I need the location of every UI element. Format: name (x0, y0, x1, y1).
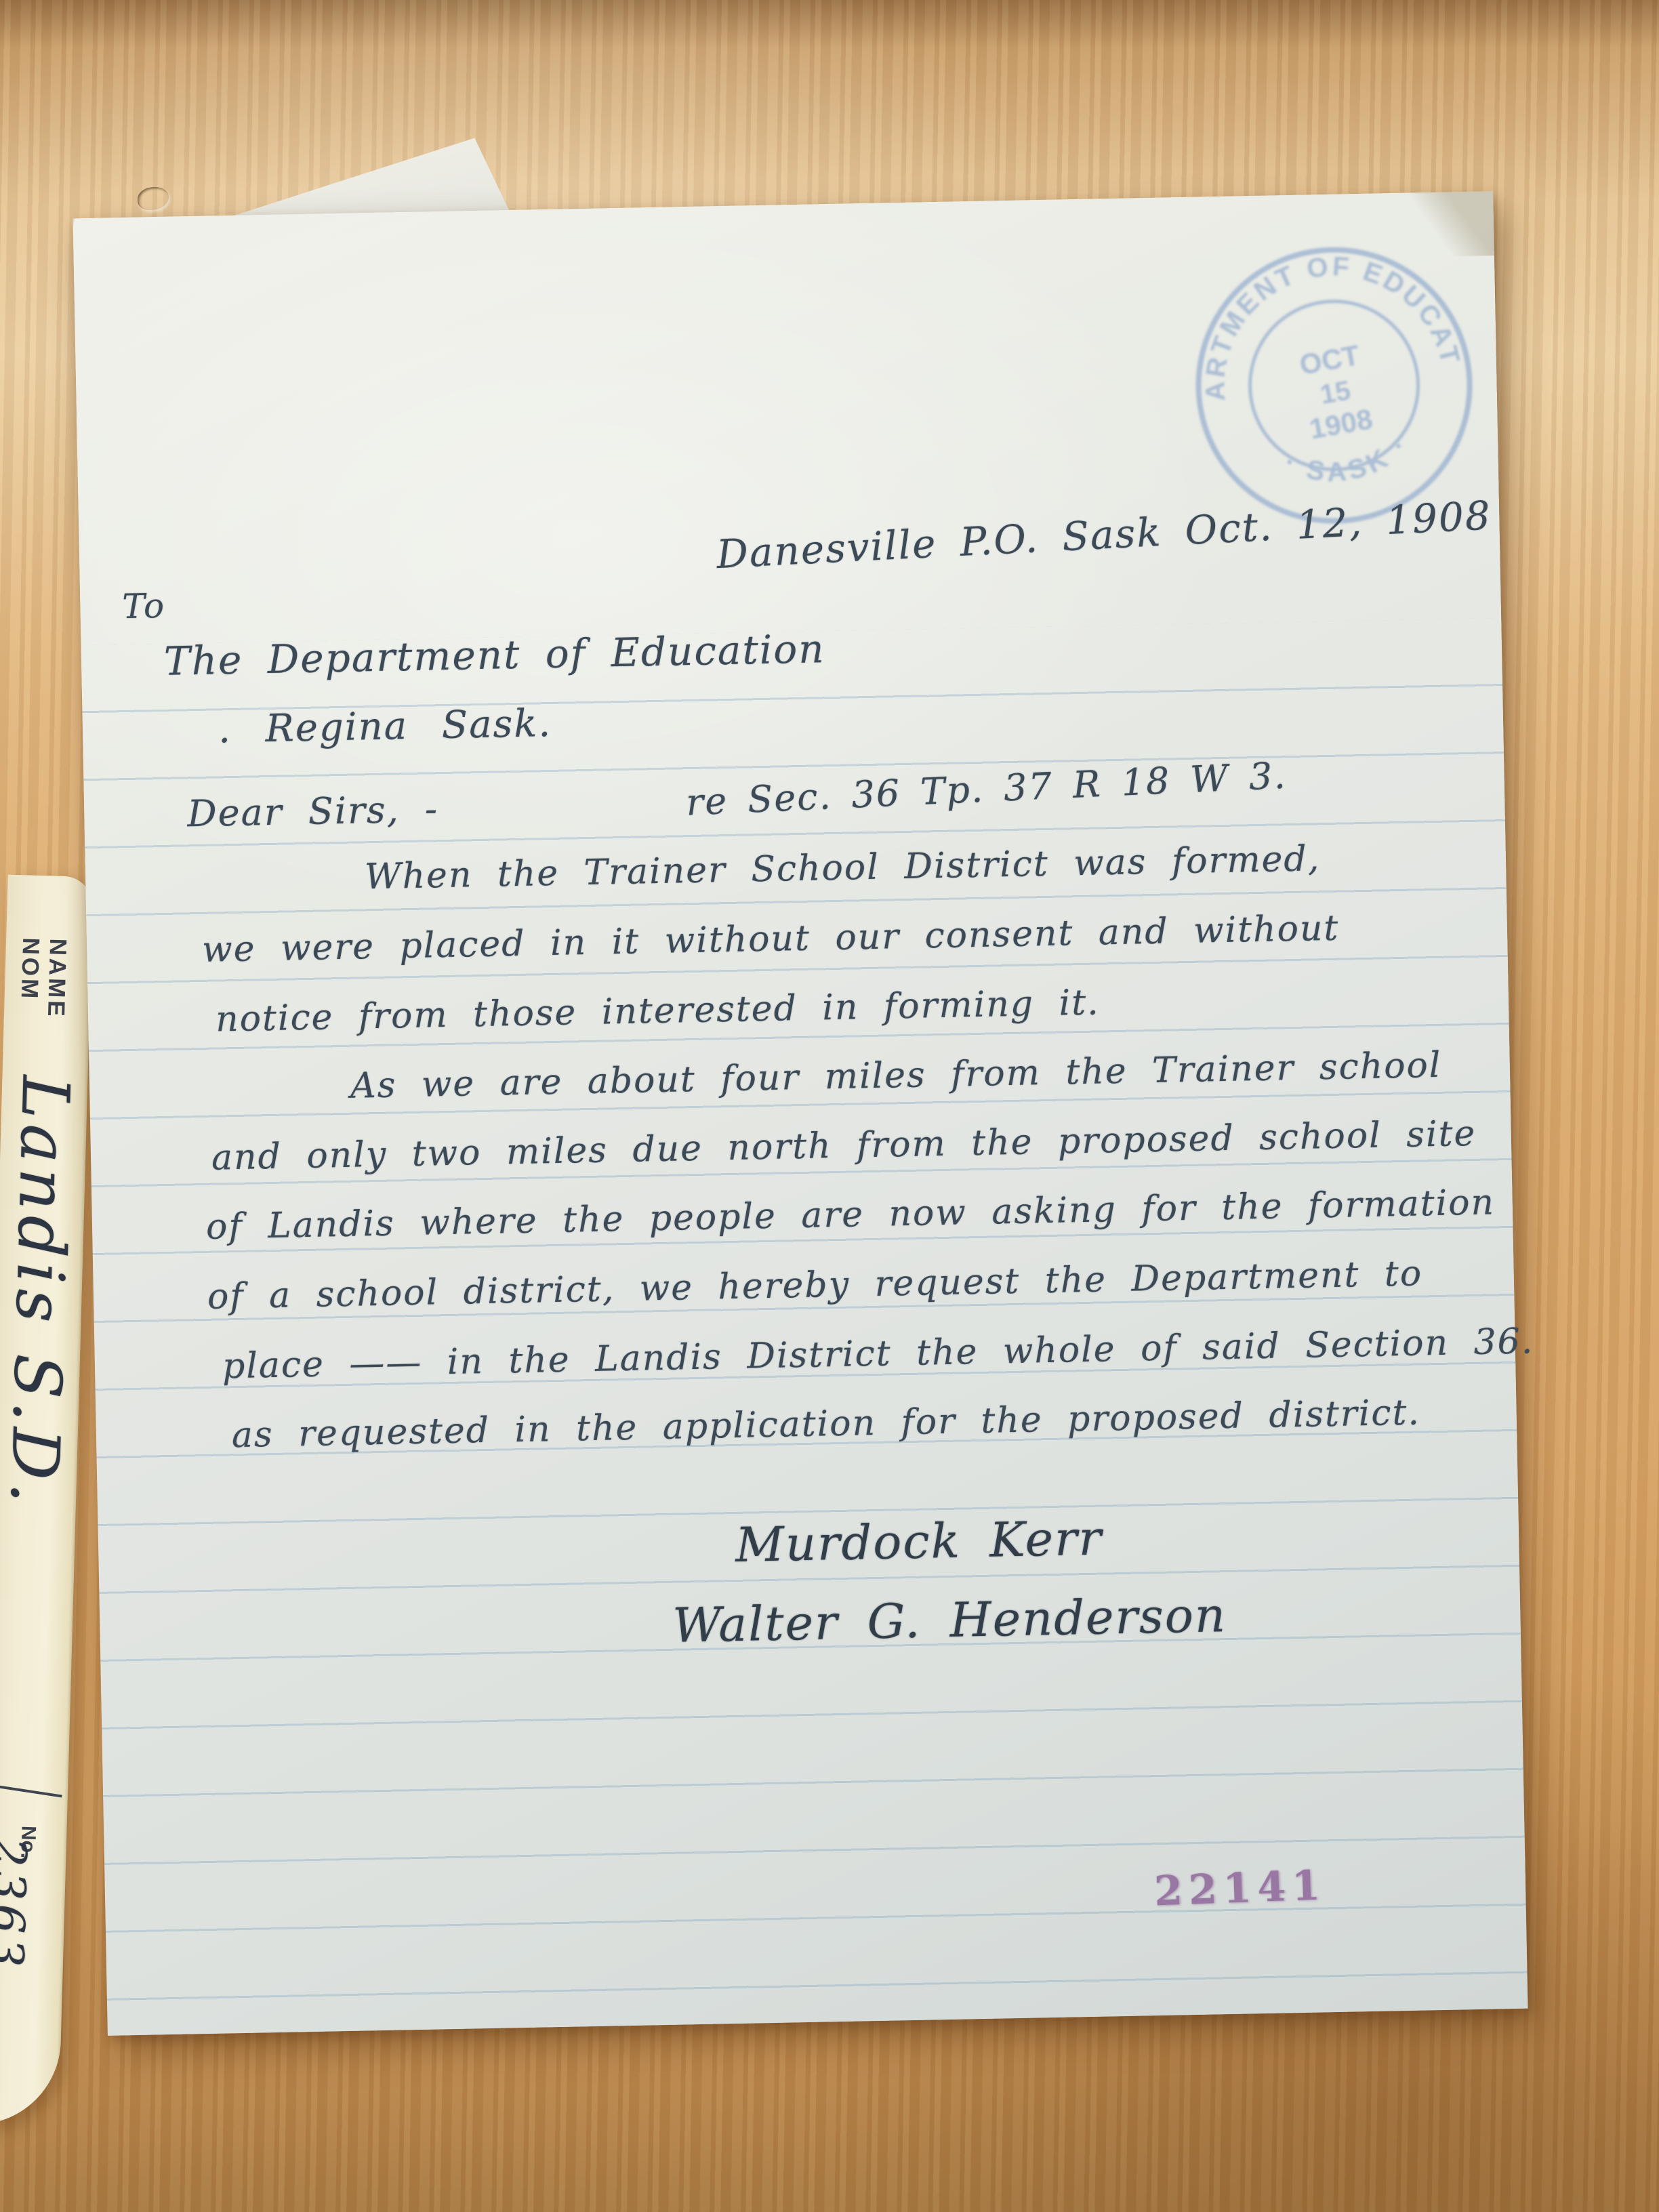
tab-written-number: 2363 (0, 1837, 36, 1971)
svg-text:DEPARTMENT OF EDUCATION: DEPARTMENT OF EDUCATION (1161, 213, 1466, 416)
stamp-year: 1908 (1307, 403, 1374, 445)
signature-walter-henderson: Walter G. Henderson (672, 1587, 1227, 1654)
tab-written-district-name: Landis S.D. (0, 1075, 83, 1511)
letter-paper: DEPARTMENT OF EDUCATION · SASK · OCT 15 … (73, 191, 1528, 2036)
photo-scene: NAME NOM Landis S.D. No. 2363 DEPARTMENT… (0, 0, 1659, 2212)
tab-divider-line (0, 1783, 62, 1798)
tab-label-nom: NOM (16, 937, 45, 1002)
letter-recipient-line2: . Regina Sask. (218, 701, 552, 752)
letter-to-word: To (122, 586, 166, 626)
letter-greeting: Dear Sirs, - (187, 787, 439, 835)
file-number-stamp: 22141 (1153, 1862, 1327, 1915)
stamp-month: OCT (1297, 339, 1362, 381)
signature-murdock-kerr: Murdock Kerr (735, 1511, 1103, 1573)
stamp-arc-top-text: DEPARTMENT OF EDUCATION (1161, 213, 1466, 416)
tab-label-name: NAME (42, 938, 71, 1019)
letter-dateline: Danesville P.O. Sask Oct. 12, 1908 (716, 492, 1493, 577)
stamp-day: 15 (1318, 375, 1353, 410)
